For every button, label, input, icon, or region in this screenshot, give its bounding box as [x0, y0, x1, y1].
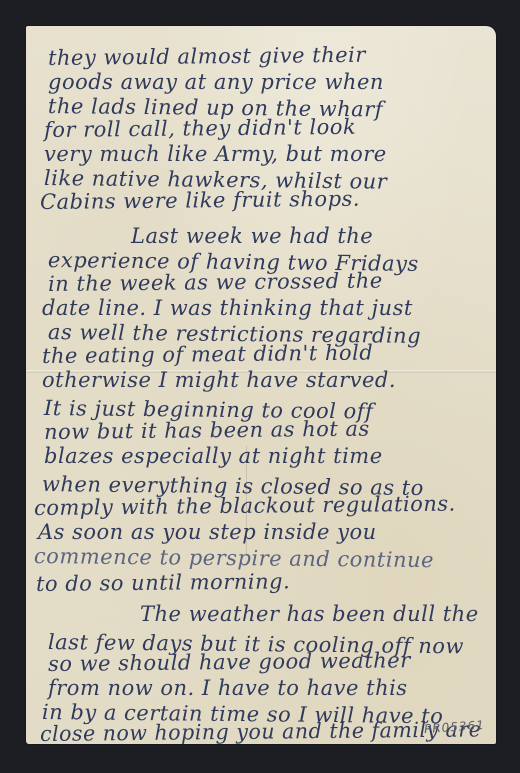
- letter-line: they would almost give their: [48, 43, 366, 70]
- document-viewer: they would almost give theirgoods away a…: [0, 0, 520, 773]
- letter-line: Cabins were like fruit shops.: [40, 187, 360, 214]
- letter-line: blazes especially at night time: [44, 444, 383, 468]
- letter-line: goods away at any price when: [48, 70, 384, 94]
- letter-line: so we should have good weather: [48, 648, 411, 676]
- letter-line: for roll call, they didn't look: [44, 115, 356, 142]
- letter-line: As soon as you step inside you: [38, 520, 377, 544]
- letter-line: very much like Army, but more: [44, 142, 387, 166]
- letter-line: The weather has been dull the: [140, 602, 479, 626]
- letter-line: in the week as we crossed the: [48, 268, 383, 296]
- letter-line: now but it has been as hot as: [44, 417, 370, 444]
- letter-line: commence to perspire and continue: [34, 544, 434, 572]
- letter-line: the eating of meat didn't hold: [42, 341, 373, 368]
- letter-line: to do so until morning.: [36, 569, 290, 596]
- letter-line: otherwise I might have starved.: [42, 368, 396, 392]
- letter-line: from now on. I have to have this: [48, 676, 408, 700]
- letter-page: they would almost give theirgoods away a…: [26, 26, 496, 744]
- letter-line: date line. I was thinking that just: [42, 296, 413, 320]
- letter-line: close now hoping you and the family are: [40, 717, 482, 744]
- letter-line: Last week we had the: [131, 224, 373, 248]
- handwritten-text-block: they would almost give theirgoods away a…: [26, 26, 496, 744]
- letter-line: comply with the blackout regulations.: [34, 492, 456, 520]
- letter-line: all OK. Love Bill: [184, 742, 365, 744]
